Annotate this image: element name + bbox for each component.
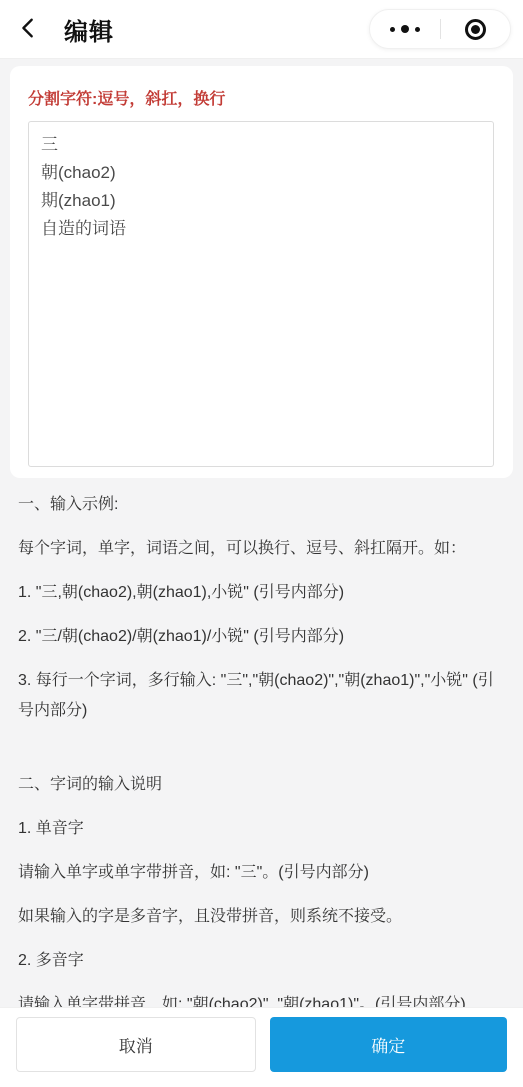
section2-title: 二、字词的输入说明 <box>18 770 505 800</box>
cancel-button[interactable]: 取消 <box>16 1017 256 1072</box>
mini-program-edit-screen: 编辑 分割字符:逗号，斜扛，换行 三 朝(chao2) 期(zhao1) 自造的… <box>0 0 523 1087</box>
instructions: 一、输入示例: 每个字词，单字，词语之间，可以换行、逗号、斜扛隔开。如： 1. … <box>0 478 523 1034</box>
separator-hint: 分割字符:逗号，斜扛，换行 <box>28 86 495 109</box>
rule-item: 1. 单音字 <box>18 814 505 844</box>
footer-bar: 取消 确定 <box>0 1007 523 1087</box>
wechat-capsule <box>369 9 511 49</box>
chevron-left-icon <box>17 17 39 42</box>
rule-item: 2. 多音字 <box>18 946 505 976</box>
example-item: 2. "三/朝(chao2)/朝(zhao1)/小锐" (引号内部分) <box>18 622 505 652</box>
section1-title: 一、输入示例: <box>18 490 505 520</box>
back-button[interactable] <box>6 7 50 51</box>
record-dot-icon <box>465 19 486 40</box>
rule-item: 请输入单字或单字带拼音，如: "三"。(引号内部分) <box>18 858 505 888</box>
section1-intro: 每个字词，单字，词语之间，可以换行、逗号、斜扛隔开。如： <box>18 534 505 564</box>
more-button[interactable] <box>370 10 440 48</box>
navbar: 编辑 <box>0 0 523 58</box>
exit-button[interactable] <box>441 10 511 48</box>
example-item: 1. "三,朝(chao2),朝(zhao1),小锐" (引号内部分) <box>18 578 505 608</box>
example-item: 3. 每行一个字词，多行输入: "三","朝(chao2)","朝(zhao1)… <box>18 666 505 726</box>
rule-item: 如果输入的字是多音字，且没带拼音，则系统不接受。 <box>18 902 505 932</box>
ellipsis-dots-icon <box>390 25 420 33</box>
confirm-button[interactable]: 确定 <box>270 1017 508 1072</box>
editor-card: 分割字符:逗号，斜扛，换行 三 朝(chao2) 期(zhao1) 自造的词语 <box>10 66 513 478</box>
word-list-textarea[interactable]: 三 朝(chao2) 期(zhao1) 自造的词语 <box>28 121 494 467</box>
page-title: 编辑 <box>64 12 114 47</box>
